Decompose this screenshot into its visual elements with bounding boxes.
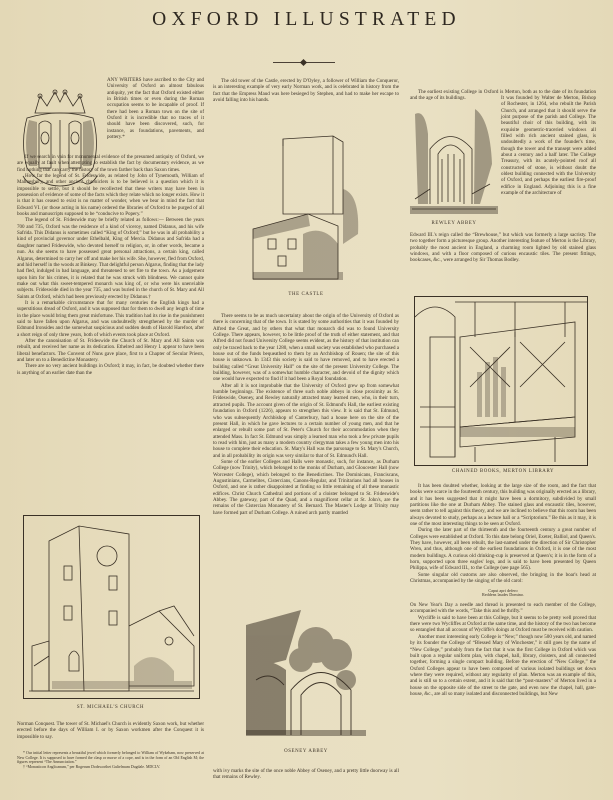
castle-tower-icon <box>248 134 364 284</box>
paragraph: Some singular old customs are also obser… <box>410 572 596 585</box>
column-3-text: It has been doubted whether, looking at … <box>410 483 596 697</box>
footnote: * Our initial letter represents a beauti… <box>17 751 204 765</box>
divider-ornament-icon <box>300 59 307 66</box>
library-bookcase-icon <box>415 297 587 465</box>
figure-caption: ST. MICHAEL'S CHURCH <box>17 705 204 710</box>
column-3-wrap-text: It was founded by Walter de Merton, Bish… <box>501 95 596 197</box>
paragraph: It is a remarkable circumstance that for… <box>17 300 204 338</box>
st-michaels-church-illustration <box>23 515 200 699</box>
figure-caption: THE CASTLE <box>213 292 399 297</box>
column-2-after-figure: with ivy marks the site of the once nobl… <box>213 768 399 781</box>
oseney-abbey-illustration <box>246 610 366 740</box>
column-3-after-wrap: Edward III.'s reign called the “Brewhous… <box>410 232 596 264</box>
ruined-arch-icon <box>246 610 366 740</box>
rewley-abbey-illustration <box>410 104 498 216</box>
paragraph: Norman Conquest. The tower of St. Michae… <box>17 721 204 740</box>
figure-caption: OSENEY ABBEY <box>213 749 399 754</box>
figure-caption: CHAINED BOOKS, MERTON LIBRARY <box>410 469 596 474</box>
paragraph: Another most interesting early College i… <box>410 634 596 697</box>
paragraph: During the later part of the thirteenth … <box>410 527 596 571</box>
column-1-text: If we search in vain for monumental evid… <box>17 154 204 376</box>
paragraph: After the canonisation of St. Frideswide… <box>17 338 204 363</box>
doorway-ruin-icon <box>410 104 498 216</box>
footnotes: * Our initial letter represents a beauti… <box>17 751 204 769</box>
paragraph: Wycliffe is said to have been at this Co… <box>410 615 596 634</box>
paragraph: with ivy marks the site of the once nobl… <box>213 768 399 781</box>
church-tower-icon <box>24 516 199 698</box>
paragraph: Edward III.'s reign called the “Brewhous… <box>410 232 596 264</box>
paragraph: There are no very ancient buildings in O… <box>17 363 204 376</box>
paragraph: It has been doubted whether, looking at … <box>410 483 596 527</box>
book-page: OXFORD ILLUSTRATED ANY WRITERS have ascr… <box>0 0 613 800</box>
column-2-text: There seems to be as much uncertainty ab… <box>213 313 399 516</box>
paragraph: On New Year's Day a needle and thread is… <box>410 602 596 615</box>
chained-books-illustration <box>414 296 588 466</box>
paragraph: The legend of St. Frideswide may be brie… <box>17 217 204 299</box>
footnote: † “Monasticon Anglicanum,” per Rogerum D… <box>17 765 204 770</box>
castle-illustration <box>248 134 364 284</box>
carol-verse: Caput apri defero Reddens laudes Domino. <box>410 589 596 599</box>
page-title: OXFORD ILLUSTRATED <box>0 9 613 31</box>
column-1-after-figure: Norman Conquest. The tower of St. Michae… <box>17 721 204 740</box>
paragraph: How far the legend of St. Frideswide, as… <box>17 173 204 217</box>
paragraph: The old tower of the Castle, erected by … <box>213 78 399 103</box>
paragraph: There seems to be as much uncertainty ab… <box>213 313 399 383</box>
column-2-intro: The old tower of the Castle, erected by … <box>213 78 399 103</box>
intro-paragraph: ANY WRITERS have ascribed to the City an… <box>107 77 204 140</box>
verse-line: Reddens laudes Domino. <box>410 593 596 598</box>
paragraph: It was founded by Walter de Merton, Bish… <box>501 95 596 196</box>
paragraph: After all it is not improbable that the … <box>213 383 399 459</box>
paragraph: Some of the earlier Colleges and Halls w… <box>213 459 399 516</box>
figure-caption: REWLEY ABBEY <box>410 221 498 226</box>
paragraph: If we search in vain for monumental evid… <box>17 154 204 173</box>
